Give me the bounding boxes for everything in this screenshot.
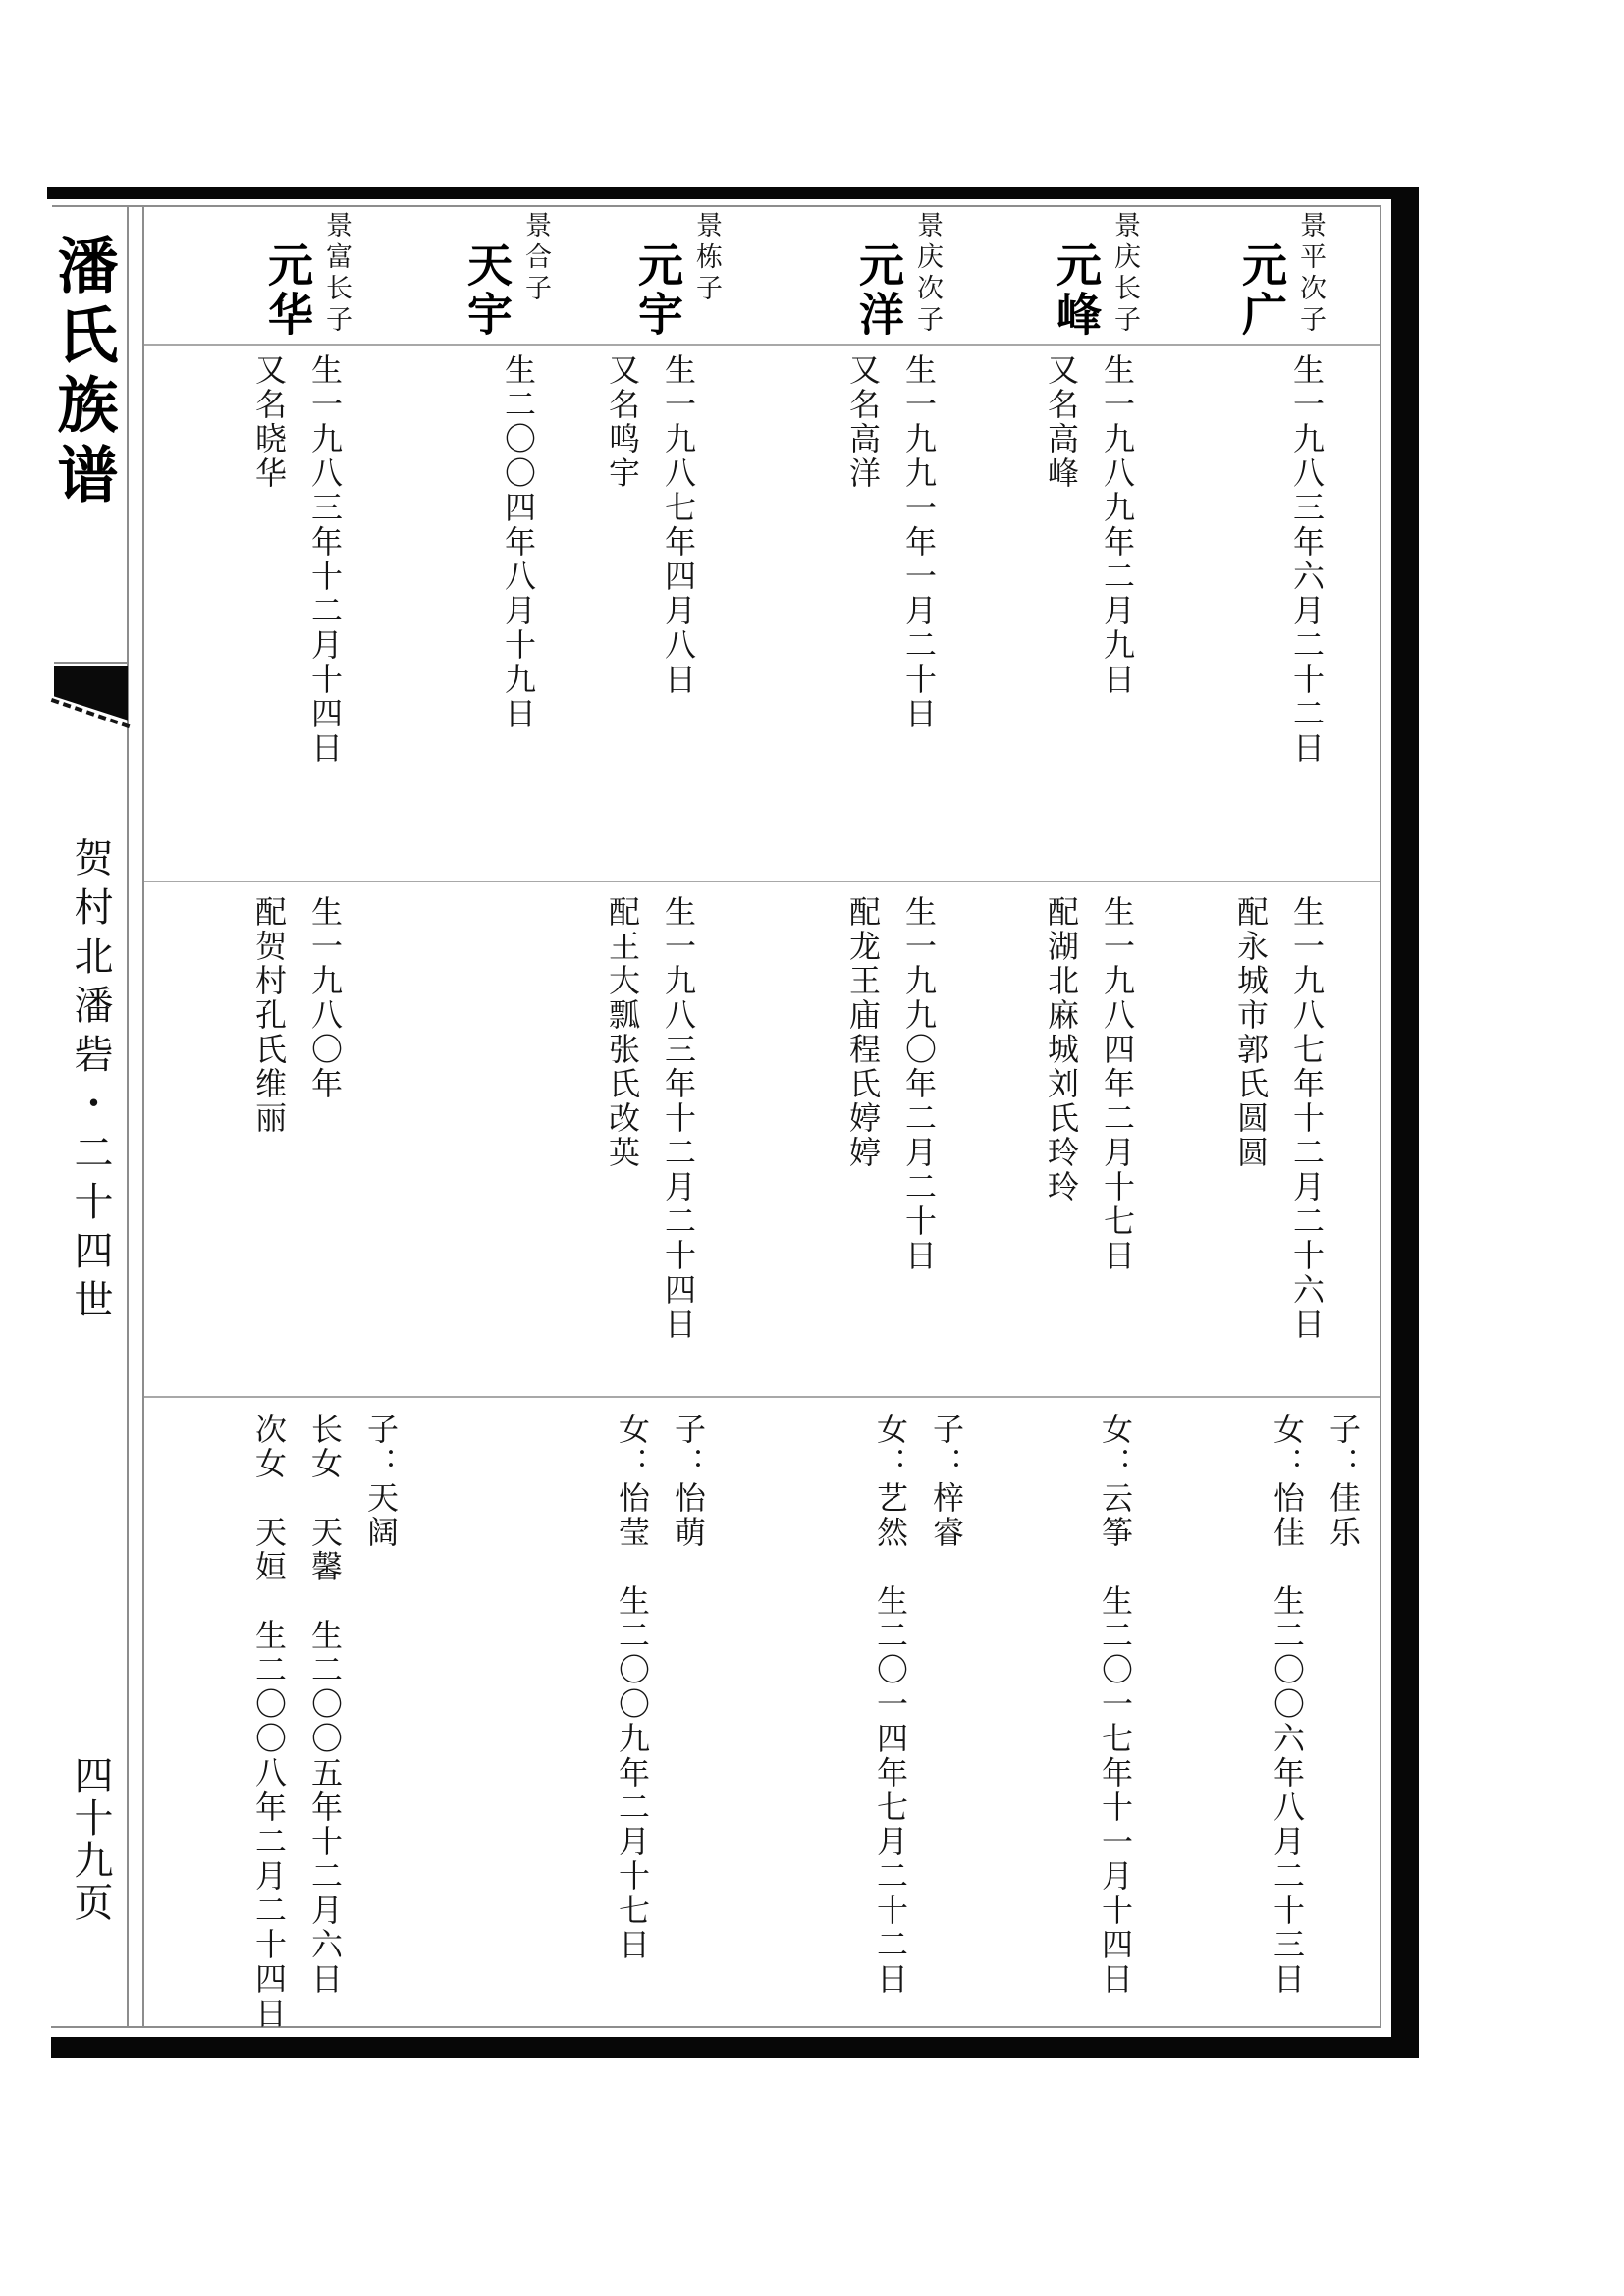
- spouse-birth-text: 生一九八三年十二月二十四日: [661, 895, 695, 1342]
- child-text: 女：怡莹 生二〇〇九年二月十七日: [615, 1413, 649, 1962]
- birth-date-text: 生一九八九年二月九日: [1100, 353, 1134, 697]
- birth-row: 生一九八三年六月二十二日生一九八九年二月九日又名高峰生一九九一年一月二十日又名高…: [144, 346, 1380, 881]
- alias-text: 又名晓华: [251, 353, 286, 491]
- entry-4-birth-group: 生二〇〇四年八月十九日: [501, 353, 535, 731]
- child-text: 子：怡萌: [671, 1413, 705, 1550]
- entry-2-children-group: 子：梓睿女：艺然 生二〇一四年七月二十二日: [873, 1413, 963, 1997]
- frame-right-bar: [1391, 192, 1419, 2058]
- entry-0-spouse-group: 生一九八七年十二月二十六日配永城市郭氏圆圆: [1233, 895, 1324, 1342]
- frame-top-bar: [47, 187, 1419, 199]
- birth-date-text: 生一九八三年六月二十二日: [1289, 353, 1324, 766]
- person-name: 天宇: [460, 241, 512, 340]
- genealogy-page: 潘氏族谱 贺村北潘砦・二十四世 四十九页 景平次子元广景庆长子元峰景庆次子元洋景…: [0, 0, 1624, 2296]
- relation-label: 景庆次子: [912, 211, 943, 337]
- name-row: 景平次子元广景庆长子元峰景庆次子元洋景栋子元宇景合子天宇景富长子元华: [144, 205, 1380, 344]
- corner-tab-rule: [54, 662, 129, 664]
- entry-1-children-group: 女：云筝 生二〇一七年十一月十四日: [1098, 1413, 1132, 1997]
- alias-text: 又名鸣宇: [605, 353, 639, 491]
- content-box: 景平次子元广景庆长子元峰景庆次子元洋景栋子元宇景合子天宇景富长子元华 生一九八三…: [142, 205, 1381, 2027]
- spouse-birth-text: 生一九九〇年二月二十日: [901, 895, 936, 1273]
- relation-label: 景合子: [520, 211, 551, 305]
- person-name: 元洋: [852, 241, 903, 340]
- entry-0-name-group: 景平次子元广: [1235, 211, 1326, 342]
- child-text: 女：怡佳 生二〇〇六年八月二十三日: [1270, 1413, 1304, 1997]
- spouse-birth-text: 生一九八〇年: [307, 895, 342, 1101]
- entry-0-children-group: 子：佳乐女：怡佳 生二〇〇六年八月二十三日: [1270, 1413, 1360, 1997]
- alias-text: 又名高洋: [845, 353, 880, 491]
- entry-3-birth-group: 生一九八七年四月八日又名鸣宇: [605, 353, 695, 697]
- spouse-row: 生一九八七年十二月二十六日配永城市郭氏圆圆生一九八四年二月十七日配湖北麻城刘氏玲…: [144, 882, 1380, 1396]
- child-text: 子：佳乐: [1326, 1413, 1360, 1550]
- page-number: 四十九页: [68, 1755, 113, 1924]
- birth-date-text: 生一九九一年一月二十日: [901, 353, 936, 731]
- children-row: 子：佳乐女：怡佳 生二〇〇六年八月二十三日女：云筝 生二〇一七年十一月十四日子：…: [144, 1398, 1380, 2027]
- child-text: 长女 天馨 生二〇〇五年十二月六日: [307, 1413, 342, 1997]
- branch-line: 贺村北潘砦・二十四世: [68, 837, 113, 1328]
- birth-date-text: 生一九八七年四月八日: [661, 353, 695, 697]
- child-text: 女：云筝 生二〇一七年十一月十四日: [1098, 1413, 1132, 1997]
- child-text: 子：天阔: [363, 1413, 398, 1550]
- relation-label: 景庆长子: [1110, 211, 1140, 337]
- sidebar-divider-line: [127, 205, 129, 2028]
- entry-1-name-group: 景庆长子元峰: [1050, 211, 1140, 342]
- person-name: 元峰: [1050, 241, 1101, 340]
- entry-2-name-group: 景庆次子元洋: [852, 211, 943, 342]
- birth-date-text: 生一九八三年十二月十四日: [307, 353, 342, 766]
- person-name: 元宇: [631, 241, 682, 340]
- spouse-name-text: 配永城市郭氏圆圆: [1233, 895, 1268, 1170]
- entry-5-spouse-group: 生一九八〇年配贺村孔氏维丽: [251, 895, 342, 1136]
- entry-0-birth-group: 生一九八三年六月二十二日: [1289, 353, 1324, 766]
- spouse-birth-text: 生一九八七年十二月二十六日: [1289, 895, 1324, 1342]
- relation-label: 景富长子: [321, 211, 352, 337]
- entry-4-name-group: 景合子天宇: [460, 211, 551, 342]
- person-name: 元华: [261, 241, 312, 340]
- entry-5-name-group: 景富长子元华: [261, 211, 352, 342]
- spouse-birth-text: 生一九八四年二月十七日: [1100, 895, 1134, 1273]
- entry-2-birth-group: 生一九九一年一月二十日又名高洋: [845, 353, 936, 731]
- birth-date-text: 生二〇〇四年八月十九日: [501, 353, 535, 731]
- spouse-name-text: 配龙王庙程氏婷婷: [845, 895, 880, 1170]
- spouse-name-text: 配王大瓢张氏改英: [605, 895, 639, 1170]
- spouse-name-text: 配湖北麻城刘氏玲玲: [1044, 895, 1078, 1204]
- relation-label: 景平次子: [1295, 211, 1326, 337]
- spouse-name-text: 配贺村孔氏维丽: [251, 895, 286, 1136]
- child-text: 女：艺然 生二〇一四年七月二十二日: [873, 1413, 907, 1997]
- book-title: 潘氏族谱: [49, 234, 114, 512]
- entry-1-spouse-group: 生一九八四年二月十七日配湖北麻城刘氏玲玲: [1044, 895, 1134, 1273]
- alias-text: 又名高峰: [1044, 353, 1078, 491]
- entry-2-spouse-group: 生一九九〇年二月二十日配龙王庙程氏婷婷: [845, 895, 936, 1273]
- entry-1-birth-group: 生一九八九年二月九日又名高峰: [1044, 353, 1134, 697]
- entry-3-name-group: 景栋子元宇: [631, 211, 722, 342]
- entry-5-birth-group: 生一九八三年十二月十四日又名晓华: [251, 353, 342, 766]
- entry-5-children-group: 子：天阔长女 天馨 生二〇〇五年十二月六日次女 天姮 生二〇〇八年二月二十四日: [251, 1413, 398, 2031]
- entry-3-children-group: 子：怡萌女：怡莹 生二〇〇九年二月十七日: [615, 1413, 705, 1962]
- child-text: 次女 天姮 生二〇〇八年二月二十四日: [251, 1413, 286, 2031]
- entry-3-spouse-group: 生一九八三年十二月二十四日配王大瓢张氏改英: [605, 895, 695, 1342]
- relation-label: 景栋子: [691, 211, 722, 305]
- person-name: 元广: [1235, 241, 1286, 340]
- child-text: 子：梓睿: [929, 1413, 963, 1550]
- frame-bottom-bar: [51, 2037, 1419, 2058]
